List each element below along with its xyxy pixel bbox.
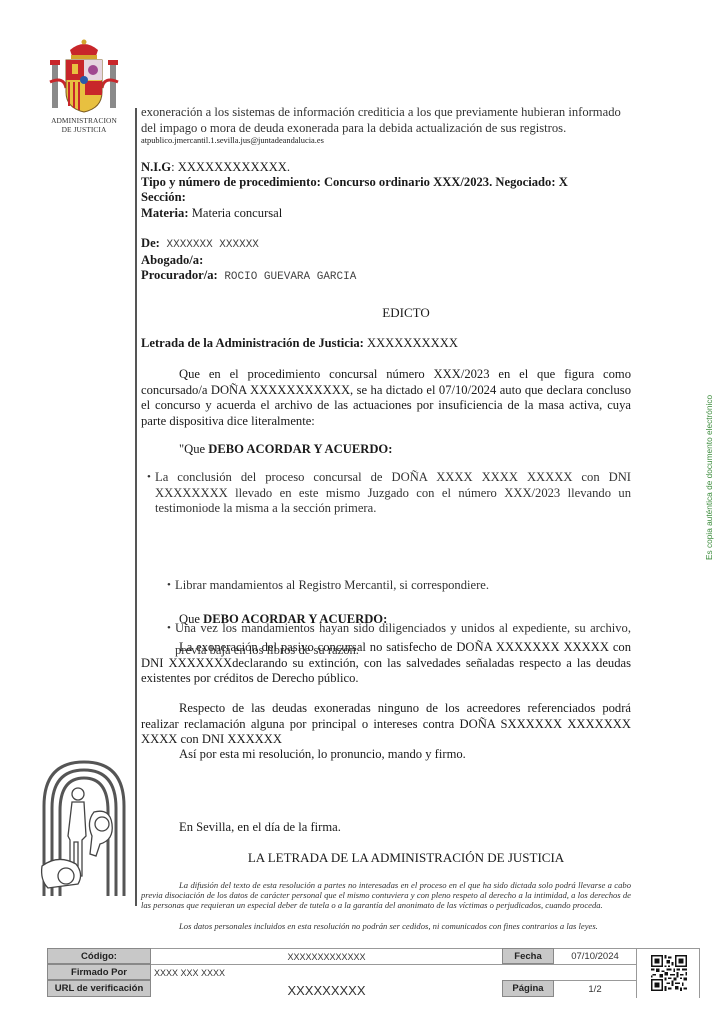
intro-line-1: exoneración a los sistemas de informació… <box>141 105 641 121</box>
url-value[interactable]: XXXXXXXXX <box>151 980 502 997</box>
signature-title: LA LETRADA DE LA ADMINISTRACIÓN DE JUSTI… <box>141 850 671 866</box>
paragraph-reclamacion: Respecto de las deudas exoneradas ningun… <box>141 701 631 748</box>
logo-caption-line2: DE JUSTICIA <box>40 125 128 134</box>
paragraph-exoneracion: La exoneración del pasivo concursal no s… <box>141 640 631 687</box>
de-row: De: XXXXXXX XXXXXX <box>141 236 631 253</box>
codigo-value: XXXXXXXXXXXXX <box>151 948 502 964</box>
hercules-lions-emblem-icon <box>38 756 130 896</box>
de-label: De: <box>141 236 160 250</box>
authenticity-note: Es copia auténtica de documento electrón… <box>704 395 714 560</box>
url-label: URL de verificación <box>47 980 151 997</box>
acuerdo-heading-1: "Que DEBO ACORDAR Y ACUERDO: <box>179 442 629 458</box>
firmado-value: XXXX XXX XXXX <box>151 964 636 980</box>
acuerdo-bold-2: DEBO ACORDAR Y ACUERDO: <box>203 612 387 626</box>
bullet-registro: Librar mandamientos al Registro Mercanti… <box>175 578 631 594</box>
nig-value: : XXXXXXXXXXXX. <box>171 160 290 174</box>
junta-andalucia-logo <box>38 756 130 896</box>
acuerdo-heading-2: Que DEBO ACORDAR Y ACUERDO: <box>179 612 629 628</box>
case-details: N.I.G: XXXXXXXXXXXX. Tipo y número de pr… <box>141 160 631 285</box>
acuerdo-prefix-2: Que <box>179 612 203 626</box>
paragraph-auto: Que en el procedimiento concursal número… <box>141 367 631 429</box>
letrada-row: Letrada de la Administración de Justicia… <box>141 336 631 352</box>
qr-code-icon[interactable] <box>651 955 687 991</box>
abogado-label: Abogado/a: <box>141 253 203 267</box>
letrada-label: Letrada de la Administración de Justicia… <box>141 336 364 350</box>
de-value: XXXXXXX XXXXXX <box>160 239 259 251</box>
nig-row: N.I.G: XXXXXXXXXXXX. <box>141 160 631 175</box>
disclaimer-difusion: La difusión del texto de esta resolución… <box>141 880 631 911</box>
pagina-value: 1/2 <box>554 980 636 997</box>
document-title: EDICTO <box>141 305 671 321</box>
seccion-label: Sección: <box>141 190 186 204</box>
logo-caption: ADMINISTRACION DE JUSTICIA <box>40 116 128 134</box>
place-date: En Sevilla, en el día de la firma. <box>179 820 629 836</box>
materia-row: Materia: Materia concursal <box>141 206 631 221</box>
procurador-row: Procurador/a: ROCIO GUEVARA GARCIA <box>141 268 631 285</box>
materia-value: Materia concursal <box>189 206 283 220</box>
codigo-label: Código: <box>47 948 151 964</box>
tipo-row: Tipo y número de procedimiento: Concurso… <box>141 175 631 190</box>
abogado-row: Abogado/a: <box>141 253 631 268</box>
tipo-label: Tipo y número de procedimiento: Concurso… <box>141 175 568 189</box>
logo-caption-line1: ADMINISTRACION <box>40 116 128 125</box>
letrada-value: XXXXXXXXXX <box>364 336 458 350</box>
court-email: atpublico.jmercantil.1.sevilla.jus@junta… <box>141 136 641 146</box>
disclaimer-datos: Los datos personales incluidos en esta r… <box>141 921 631 931</box>
intro-text: exoneración a los sistemas de informació… <box>141 105 641 146</box>
paragraph-firmo: Así por esta mi resolución, lo pronuncio… <box>179 747 629 763</box>
fecha-label: Fecha <box>502 948 554 964</box>
qr-cell <box>636 948 700 998</box>
nig-label: N.I.G <box>141 160 171 174</box>
spain-coat-of-arms-icon <box>44 36 124 116</box>
materia-label: Materia: <box>141 206 189 220</box>
seccion-row: Sección: <box>141 190 631 205</box>
acuerdo-bold-1: DEBO ACORDAR Y ACUERDO: <box>208 442 392 456</box>
intro-line-2: del impago o mora de deuda exonerada par… <box>141 121 641 137</box>
fecha-value: 07/10/2024 <box>554 948 636 964</box>
procurador-label: Procurador/a: <box>141 268 218 282</box>
administracion-justicia-logo: ADMINISTRACION DE JUSTICIA <box>44 36 124 136</box>
acuerdo-prefix-1: "Que <box>179 442 208 456</box>
margin-rule <box>135 108 137 906</box>
signature-verification-table: Código: XXXXXXXXXXXXX Fecha 07/10/2024 F… <box>47 948 698 997</box>
bullet-conclusion: La conclusión del proceso concursal de D… <box>155 470 631 517</box>
firmado-label: Firmado Por <box>47 964 151 980</box>
procurador-value: ROCIO GUEVARA GARCIA <box>218 271 357 283</box>
pagina-label: Página <box>502 980 554 997</box>
